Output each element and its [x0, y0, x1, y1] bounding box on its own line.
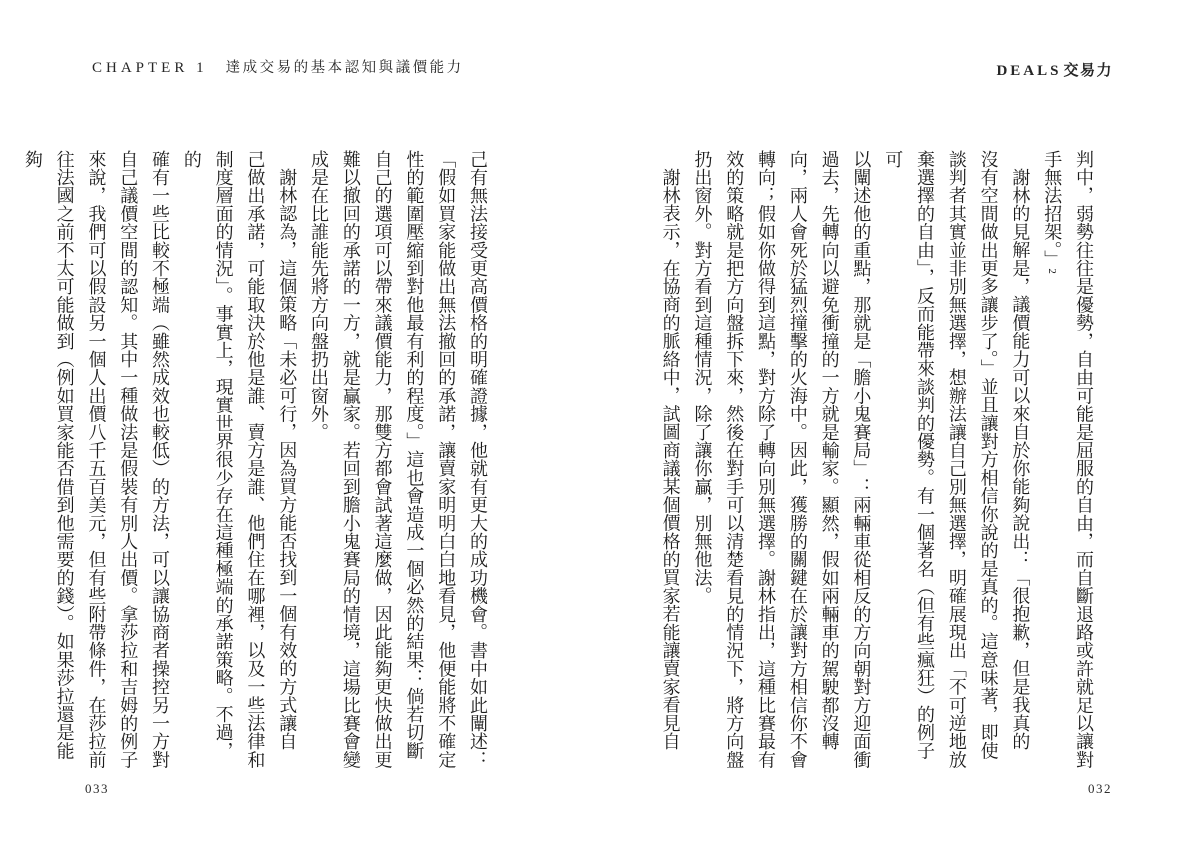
text-column: 制度層面的情況」。事實上，現實世界很少存在這種極端的承諾策略。不過，的 [175, 150, 239, 772]
column-text: 手無法招架。」 [1042, 150, 1062, 268]
text-column: 己有無法接受更高價格的明確證據，他就有更大的成功機會。書中如此闡述： [461, 150, 493, 772]
text-column: 談判者其實並非別無選擇，想辦法讓自己別無選擇，明確展現出「不可逆地放 [940, 150, 972, 772]
right-text-block: 判中，弱勢往往是優勢，自由可能是屈服的自由，而自斷退路或許就足以讓對 手無法招架… [687, 150, 1099, 772]
text-column: 手無法招架。」2 [1035, 150, 1067, 772]
text-column: 成是在比誰能先將方向盤扔出窗外。 [302, 150, 334, 772]
left-text-block: 己有無法接受更高價格的明確證據，他就有更大的成功機會。書中如此闡述： 「假如買家… [81, 150, 493, 772]
text-column: 自己議價空間的認知。其中一種做法是假裝有別人出價。拿莎拉和吉姆的例子 [111, 150, 143, 772]
page-right: DEALS交易力 判中，弱勢往往是優勢，自由可能是屈服的自由，而自斷退路或許就足… [600, 0, 1200, 851]
book-spread: { "left_page": { "header": { "chapter_la… [0, 0, 1200, 851]
footnote-marker: 2 [1046, 268, 1058, 274]
text-column: 沒有空間做出更多讓步了。」並且讓對方相信你說的是真的。這意味著，即使 [972, 150, 1004, 772]
right-page-number: 032 [1088, 781, 1112, 797]
page-left: CHAPTER 1達成交易的基本認知與議價能力 己有無法接受更高價格的明確證據，… [0, 0, 600, 851]
text-column: 以闡述他的重點，那就是「膽小鬼賽局」：兩輛車從相反的方向朝對方迎面衝 [845, 150, 877, 772]
text-column: 扔出窗外。對方看到這種情況，除了讓你贏，別無他法。 [686, 150, 718, 772]
text-column: 來說，我們可以假設另一個人出價八千五百美元，但有些附帶條件，在莎拉前 [80, 150, 112, 772]
text-column: 謝林認為，這個策略「未必可行，因為買方能否找到一個有效的方式讓自 [270, 150, 302, 772]
text-column: 向，兩人會死於猛烈撞擊的火海中。因此，獲勝的關鍵在於讓對方相信你不會 [781, 150, 813, 772]
chapter-title: 達成交易的基本認知與議價能力 [226, 60, 464, 76]
text-column: 難以撤回的承諾的一方，就是贏家。若回到膽小鬼賽局的情境，這場比賽會變 [334, 150, 366, 772]
right-running-head: DEALS交易力 [996, 59, 1113, 80]
text-column: 「假如買家能做出無法撤回的承諾，讓賣家明明白白地看見，他便能將不確定 [429, 150, 461, 772]
text-column: 棄選擇的自由」，反而能帶來談判的優勢。有一個著名（但有些瘋狂）的例子可 [876, 150, 940, 772]
text-column: 轉向；假如你做得到這點，對方除了轉向別無選擇。謝林指出，這種比賽最有 [749, 150, 781, 772]
text-column: 過去，先轉向以避免衝撞的一方就是輸家。顯然，假如兩輛車的駕駛都沒轉 [813, 150, 845, 772]
book-title-cjk: 交易力 [1063, 63, 1113, 79]
text-column: 自己的選項可以帶來議價能力，那雙方都會試著這麼做，因此能夠更快做出更 [366, 150, 398, 772]
text-column: 己做出承諾，可能取決於他是誰、賣方是誰、他們住在哪裡，以及一些法律和 [239, 150, 271, 772]
chapter-label: CHAPTER 1 [92, 60, 208, 76]
left-page-number: 033 [85, 781, 109, 797]
text-column: 性的範圍壓縮到對他最有利的程度。」這也會造成一個必然的結果：倘若切斷 [398, 150, 430, 772]
text-column: 往法國之前不太可能做到（例如買家能否借到他需要的錢）。如果莎拉還是能夠 [16, 150, 80, 772]
text-column: 謝林的見解是，議價能力可以來自於你能夠說出：「很抱歉，但是我真的 [1004, 150, 1036, 772]
text-column: 效的策略就是把方向盤拆下來，然後在對手可以清楚看見的情況下，將方向盤 [717, 150, 749, 772]
book-title-latin: DEALS [996, 63, 1061, 79]
text-column: 確有一些比較不極端（雖然成效也較低）的方法，可以讓協商者操控另一方對 [143, 150, 175, 772]
text-column: 謝林表示，在協商的脈絡中，試圖商議某個價格的買家若能讓賣家看見自 [654, 150, 686, 772]
left-running-head: CHAPTER 1達成交易的基本認知與議價能力 [92, 56, 464, 77]
text-column: 判中，弱勢往往是優勢，自由可能是屈服的自由，而自斷退路或許就足以讓對 [1067, 150, 1099, 772]
